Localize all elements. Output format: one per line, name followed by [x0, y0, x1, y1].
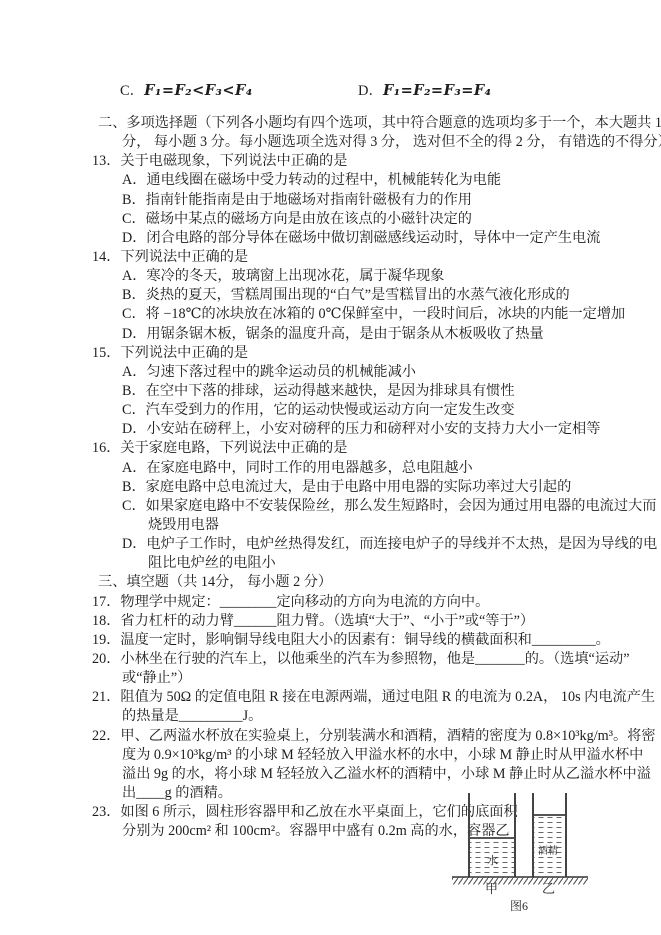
yi-label: 乙: [542, 881, 555, 896]
question-17: 17．物理学中规定：________定向移动的方向为电流的方向中。: [62, 593, 654, 612]
q13-option-a: A．通电线圈在磁场中受力转动的过程中，机械能转化为电能: [62, 171, 654, 190]
question-21: 21．阻值为 50Ω 的定值电阻 R 接在电源两端，通过电阻 R 的电流为 0.…: [62, 688, 654, 707]
question-21-cont: 的热量是_________J。: [62, 707, 654, 726]
section-2-header: 二、多项选择题（下列各小题均有四个选项，其中符合题意的选项均多于一个，本大题共 …: [62, 114, 654, 133]
section-3-header: 三、填空题（共 14分， 每小题 2 分）: [62, 573, 654, 592]
q15-option-d: D．小安站在磅秤上，小安对磅秤的压力和磅秤对小安的支持力大小一定相等: [62, 420, 654, 439]
q15-option-c: C．汽车受到力的作用，它的运动快慢或运动方向一定发生改变: [62, 401, 654, 420]
jia-label: 甲: [485, 881, 498, 896]
q13-option-c: C．磁场中某点的磁场方向是由放在该点的小磁针决定的: [62, 210, 654, 229]
question-13: 13．关于电磁现象，下列说法中正确的是: [62, 152, 654, 171]
question-18: 18．省力杠杆的动力臂______阻力臂。（选填“大于”、“小于”或“等于”）: [62, 612, 654, 631]
q13-option-d: D．闭合电路的部分导体在磁场中做切割磁感线运动时，导体中一定产生电流: [62, 229, 654, 248]
question-14: 14．下列说法中正确的是: [62, 248, 654, 267]
q16-option-a: A．在家庭电路中，同时工作的用电器越多，总电阻越小: [62, 459, 654, 478]
q13-option-b: B．指南针能指南是由于地磁场对指南针磁极有力的作用: [62, 191, 654, 210]
q16-option-d: D．电炉子工作时，电炉丝热得发红，而连接电炉子的导线并不太热，是因为导线的电: [62, 535, 654, 554]
q14-option-a: A．寒冷的冬天，玻璃窗上出现冰花，属于凝华现象: [62, 267, 654, 286]
option-c-formula: C．F₁=F₂<F₃<F₄: [120, 79, 253, 100]
question-20: 20．小林坐在行驶的汽车上，以他乘坐的汽车为参照物，他是_______的。（选填…: [62, 650, 654, 669]
q16-option-d-cont: 阻比电炉丝的电阻小: [62, 554, 654, 573]
formula-options-row: C．F₁=F₂<F₃<F₄ D．F₁=F₂=F₃=F₄: [0, 79, 661, 99]
exam-paper-page: C．F₁=F₂<F₃<F₄ D．F₁=F₂=F₃=F₄ 二、多项选择题（下列各小…: [0, 0, 661, 935]
container-yi: 酒精: [533, 793, 566, 877]
alcohol-label: 酒精: [538, 844, 558, 857]
question-22-cont-1: 度为 0.9×10³kg/m³ 的小球 M 轻轻放入甲溢水杯的水中，小球 M 静…: [62, 746, 654, 765]
ground-hatch: [452, 878, 588, 885]
exam-text-block: 二、多项选择题（下列各小题均有四个选项，其中符合题意的选项均多于一个，本大题共 …: [62, 114, 654, 841]
q14-option-b: B．炎热的夏天，雪糕周围出现的“白气”是雪糕冒出的水蒸气液化形成的: [62, 286, 654, 305]
q16-option-c-cont: 烧毁用电器: [62, 516, 654, 535]
question-19: 19．温度一定时，影响铜导线电阻大小的因素有：铜导线的横截面积和________…: [62, 631, 654, 650]
q16-option-b: B．家庭电路中总电流过大，是由于电路中用电器的实际功率过大引起的: [62, 478, 654, 497]
question-16: 16．关于家庭电路，下列说法中正确的是: [62, 439, 654, 458]
q15-option-a: A．匀速下落过程中的跳伞运动员的机械能减小: [62, 363, 654, 382]
figure-caption: 图6: [510, 899, 528, 913]
container-jia: 水: [469, 793, 515, 877]
question-20-cont: 或“静止”）: [62, 669, 654, 688]
question-15: 15．下列说法中正确的是: [62, 344, 654, 363]
option-c-label: C．: [120, 83, 144, 99]
q14-option-d: D．用锯条锯木板，锯条的温度升高，是由于锯条从木板吸收了热量: [62, 325, 654, 344]
water-label: 水: [487, 853, 498, 867]
option-d-label: D．: [358, 83, 383, 99]
option-c-math: F₁=F₂<F₃<F₄: [144, 82, 253, 99]
q14-option-c: C．将 −18℃的冰块放在冰箱的 0℃保鲜室中，一段时间后，冰块的内能一定增加: [62, 305, 654, 324]
option-d-formula: D．F₁=F₂=F₃=F₄: [358, 79, 492, 100]
question-22: 22．甲、乙两溢水杯放在实验桌上，分别装满水和酒精，酒精的密度为 0.8×10³…: [62, 727, 654, 746]
figure-6: 水 酒精 甲 乙 图6: [448, 780, 602, 932]
option-d-math: F₁=F₂=F₃=F₄: [383, 82, 492, 99]
section-2-header-cont: 分， 每小题 3 分。每小题选项全选对得 3 分， 选对但不全的得 2 分， 有…: [62, 133, 654, 152]
q15-option-b: B．在空中下落的排球，运动得越来越快，是因为排球具有惯性: [62, 382, 654, 401]
q16-option-c: C．如果家庭电路中不安装保险丝，那么发生短路时，会因为通过用电器的电流过大而: [62, 497, 654, 516]
